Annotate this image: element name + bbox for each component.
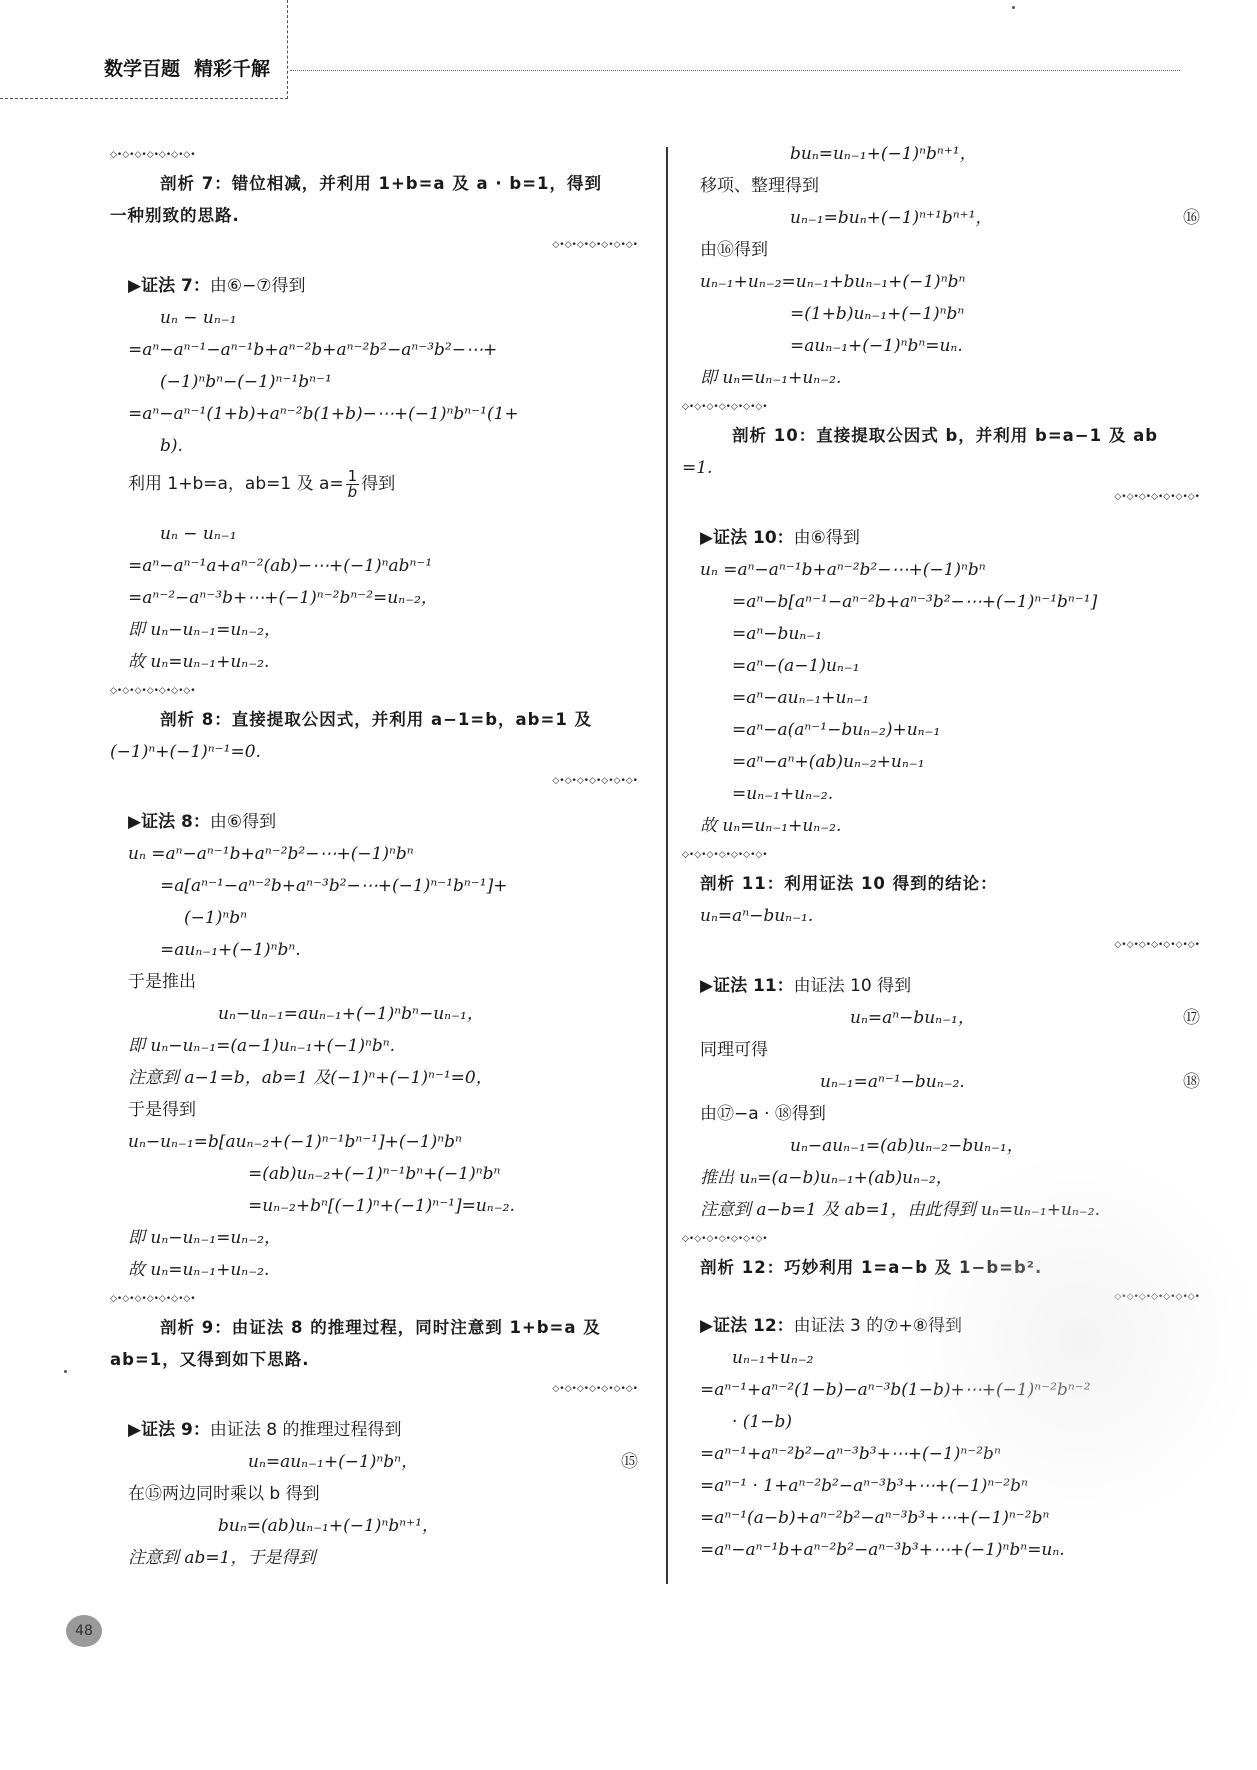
section-ornament: ◇•◇•◇•◇•◇•◇•◇• bbox=[110, 142, 638, 168]
section-ornament: ◇•◇•◇•◇•◇•◇•◇• bbox=[700, 484, 1200, 510]
fraction-denominator: b bbox=[346, 485, 360, 500]
math-line: =aⁿ−buₙ₋₁ bbox=[700, 618, 1200, 650]
analysis-text: 剖析 12：巧妙利用 1=a−b 及 1−b=b². bbox=[700, 1252, 1200, 1284]
math-line: 即 uₙ−uₙ₋₁=uₙ₋₂， bbox=[128, 614, 638, 646]
math-line: buₙ=(ab)uₙ₋₁+(−1)ⁿbⁿ⁺¹， bbox=[128, 1510, 638, 1542]
section-ornament: ◇•◇•◇•◇•◇•◇•◇• bbox=[110, 1286, 638, 1312]
ornament-glyphs: ◇•◇•◇•◇•◇•◇•◇• bbox=[110, 139, 196, 171]
equation-text: uₙ₋₁=aⁿ⁻¹−buₙ₋₂. bbox=[820, 1072, 965, 1092]
numbered-equation: uₙ=aⁿ−buₙ₋₁，⑰ bbox=[700, 1002, 1200, 1034]
math-line: 注意到 ab=1，于是得到 bbox=[128, 1542, 638, 1574]
section-ornament: ◇•◇•◇•◇•◇•◇•◇• bbox=[700, 1284, 1200, 1310]
proof-heading: ▶证法 7：由⑥−⑦得到 bbox=[128, 270, 638, 302]
math-line: 故 uₙ=uₙ₋₁+uₙ₋₂. bbox=[700, 810, 1200, 842]
math-line: uₙ =aⁿ−aⁿ⁻¹b+aⁿ⁻²b²−⋯+(−1)ⁿbⁿ bbox=[700, 554, 1200, 586]
analysis-text: 一种别致的思路. bbox=[110, 200, 638, 232]
math-line: (−1)ⁿbⁿ bbox=[128, 902, 638, 934]
proof-label: ▶证法 7： bbox=[128, 276, 210, 296]
ornament-glyphs: ◇•◇•◇•◇•◇•◇•◇• bbox=[110, 675, 196, 707]
equation-text: uₙ₋₁=buₙ+(−1)ⁿ⁺¹bⁿ⁺¹， bbox=[790, 208, 992, 228]
ornament-glyphs: ◇•◇•◇•◇•◇•◇•◇• bbox=[552, 1373, 638, 1405]
math-line: (−1)ⁿ+(−1)ⁿ⁻¹=0. bbox=[110, 736, 638, 768]
ornament-glyphs: ◇•◇•◇•◇•◇•◇•◇• bbox=[682, 839, 768, 871]
equation-number: ⑰ bbox=[1183, 1002, 1200, 1034]
math-line: uₙ − uₙ₋₁ bbox=[128, 302, 638, 334]
math-line: uₙ =aⁿ−aⁿ⁻¹b+aⁿ⁻²b²−⋯+(−1)ⁿbⁿ bbox=[128, 838, 638, 870]
proof-intro: 由证法 3 的⑦+⑧得到 bbox=[794, 1316, 962, 1336]
section-ornament: ◇•◇•◇•◇•◇•◇•◇• bbox=[700, 932, 1200, 958]
proof-intro: 由证法 10 得到 bbox=[794, 976, 911, 996]
math-line: =aⁿ−aⁿ⁻¹b+aⁿ⁻²b²−aⁿ⁻³b³+⋯+(−1)ⁿbⁿ=uₙ. bbox=[700, 1534, 1200, 1566]
page-number-badge: 48 bbox=[66, 1615, 102, 1647]
equation-number: ⑱ bbox=[1183, 1066, 1200, 1098]
math-line: =aⁿ−aⁿ⁻¹(1+b)+aⁿ⁻²b(1+b)−⋯+(−1)ⁿbⁿ⁻¹(1+ bbox=[128, 398, 638, 430]
body-text: 同理可得 bbox=[700, 1034, 1200, 1066]
proof-intro: 由证法 8 的推理过程得到 bbox=[210, 1420, 402, 1440]
math-line: uₙ=aⁿ−buₙ₋₁. bbox=[700, 900, 1200, 932]
proof-label: ▶证法 9： bbox=[128, 1420, 210, 1440]
body-text-with-fraction: 利用 1+b=a，ab=1 及 a=1b得到 bbox=[128, 462, 638, 506]
math-line: 即 uₙ=uₙ₋₁+uₙ₋₂. bbox=[700, 362, 1200, 394]
math-line: 故 uₙ=uₙ₋₁+uₙ₋₂. bbox=[128, 646, 638, 678]
section-ornament: ◇•◇•◇•◇•◇•◇•◇• bbox=[682, 842, 1200, 868]
ornament-glyphs: ◇•◇•◇•◇•◇•◇•◇• bbox=[1114, 481, 1200, 513]
math-line: =aⁿ−aⁿ⁻¹a+aⁿ⁻²(ab)−⋯+(−1)ⁿabⁿ⁻¹ bbox=[128, 550, 638, 582]
math-line: 即 uₙ−uₙ₋₁=uₙ₋₂， bbox=[128, 1222, 638, 1254]
section-ornament: ◇•◇•◇•◇•◇•◇•◇• bbox=[128, 1376, 638, 1402]
math-line: buₙ=uₙ₋₁+(−1)ⁿbⁿ⁺¹， bbox=[700, 138, 1200, 170]
proof-intro: 由⑥−⑦得到 bbox=[210, 276, 306, 296]
math-line: =aⁿ−aⁿ+(ab)uₙ₋₂+uₙ₋₁ bbox=[700, 746, 1200, 778]
proof-heading: ▶证法 8：由⑥得到 bbox=[128, 806, 638, 838]
section-ornament: ◇•◇•◇•◇•◇•◇•◇• bbox=[128, 232, 638, 258]
proof-heading: ▶证法 9：由证法 8 的推理过程得到 bbox=[128, 1414, 638, 1446]
ornament-glyphs: ◇•◇•◇•◇•◇•◇•◇• bbox=[1114, 929, 1200, 961]
math-line: =aⁿ⁻¹ · 1+aⁿ⁻²b²−aⁿ⁻³b³+⋯+(−1)ⁿ⁻²bⁿ bbox=[700, 1470, 1200, 1502]
math-line: (−1)ⁿbⁿ−(−1)ⁿ⁻¹bⁿ⁻¹ bbox=[128, 366, 638, 398]
math-line: =aⁿ−a(aⁿ⁻¹−buₙ₋₂)+uₙ₋₁ bbox=[700, 714, 1200, 746]
body-text: 移项、整理得到 bbox=[700, 170, 1200, 202]
math-line: =a[aⁿ⁻¹−aⁿ⁻²b+aⁿ⁻³b²−⋯+(−1)ⁿ⁻¹bⁿ⁻¹]+ bbox=[128, 870, 638, 902]
body-text: 于是得到 bbox=[128, 1094, 638, 1126]
numbered-equation: uₙ₋₁=aⁿ⁻¹−buₙ₋₂.⑱ bbox=[700, 1066, 1200, 1098]
math-line: =aⁿ⁻²−aⁿ⁻³b+⋯+(−1)ⁿ⁻²bⁿ⁻²=uₙ₋₂， bbox=[128, 582, 638, 614]
scan-speck bbox=[64, 1370, 67, 1373]
math-line: =aⁿ−b[aⁿ⁻¹−aⁿ⁻²b+aⁿ⁻³b²−⋯+(−1)ⁿ⁻¹bⁿ⁻¹] bbox=[700, 586, 1200, 618]
body-text: 在⑮两边同时乘以 b 得到 bbox=[128, 1478, 638, 1510]
ornament-glyphs: ◇•◇•◇•◇•◇•◇•◇• bbox=[110, 1283, 196, 1315]
body-text: 由⑯得到 bbox=[700, 234, 1200, 266]
math-line: b). bbox=[128, 430, 638, 462]
math-line: =auₙ₋₁+(−1)ⁿbⁿ. bbox=[128, 934, 638, 966]
equation-number: ⑯ bbox=[1183, 202, 1200, 234]
body-text: 由⑰−a · ⑱得到 bbox=[700, 1098, 1200, 1130]
math-line: =aⁿ⁻¹(a−b)+aⁿ⁻²b²−aⁿ⁻³b³+⋯+(−1)ⁿ⁻²bⁿ bbox=[700, 1502, 1200, 1534]
math-line: =1. bbox=[682, 452, 1200, 484]
ornament-glyphs: ◇•◇•◇•◇•◇•◇•◇• bbox=[552, 229, 638, 261]
fraction: 1b bbox=[346, 469, 360, 500]
math-line: =aⁿ−auₙ₋₁+uₙ₋₁ bbox=[700, 682, 1200, 714]
math-line: =uₙ₋₂+bⁿ[(−1)ⁿ+(−1)ⁿ⁻¹]=uₙ₋₂. bbox=[128, 1190, 638, 1222]
text-before: 利用 1+b=a，ab=1 及 a= bbox=[128, 474, 344, 494]
math-line: 推出 uₙ=(a−b)uₙ₋₁+(ab)uₙ₋₂， bbox=[700, 1162, 1200, 1194]
book-title-part-2: 精彩千解 bbox=[194, 58, 270, 80]
math-line: =(1+b)uₙ₋₁+(−1)ⁿbⁿ bbox=[700, 298, 1200, 330]
header-frame bbox=[0, 0, 288, 99]
proof-label: ▶证法 8： bbox=[128, 812, 210, 832]
scan-speck bbox=[1012, 6, 1015, 9]
proof-intro: 由⑥得到 bbox=[794, 528, 860, 548]
spacer bbox=[128, 506, 638, 518]
math-line: =aⁿ−aⁿ⁻¹−aⁿ⁻¹b+aⁿ⁻²b+aⁿ⁻²b²−aⁿ⁻³b²−⋯+ bbox=[128, 334, 638, 366]
section-ornament: ◇•◇•◇•◇•◇•◇•◇• bbox=[128, 768, 638, 794]
left-column: ◇•◇•◇•◇•◇•◇•◇•剖析 7：错位相减，并利用 1+b=a 及 a · … bbox=[128, 142, 638, 1574]
math-line: · (1−b) bbox=[700, 1406, 1200, 1438]
math-line: 注意到 a−1=b，ab=1 及(−1)ⁿ+(−1)ⁿ⁻¹=0， bbox=[128, 1062, 638, 1094]
numbered-equation: uₙ₋₁=buₙ+(−1)ⁿ⁺¹bⁿ⁺¹，⑯ bbox=[700, 202, 1200, 234]
math-line: uₙ−auₙ₋₁=(ab)uₙ₋₂−buₙ₋₁， bbox=[700, 1130, 1200, 1162]
ornament-glyphs: ◇•◇•◇•◇•◇•◇•◇• bbox=[682, 1223, 768, 1255]
math-line: 故 uₙ=uₙ₋₁+uₙ₋₂. bbox=[128, 1254, 638, 1286]
analysis-text: 剖析 10：直接提取公因式 b，并利用 b=a−1 及 ab bbox=[700, 420, 1200, 452]
proof-label: ▶证法 11： bbox=[700, 976, 794, 996]
proof-heading: ▶证法 10：由⑥得到 bbox=[700, 522, 1200, 554]
ornament-glyphs: ◇•◇•◇•◇•◇•◇•◇• bbox=[552, 765, 638, 797]
body-text: 于是推出 bbox=[128, 966, 638, 998]
math-line: uₙ−uₙ₋₁=b[auₙ₋₂+(−1)ⁿ⁻¹bⁿ⁻¹]+(−1)ⁿbⁿ bbox=[128, 1126, 638, 1158]
text-after: 得到 bbox=[361, 474, 395, 494]
math-line: 即 uₙ−uₙ₋₁=(a−1)uₙ₋₁+(−1)ⁿbⁿ. bbox=[128, 1030, 638, 1062]
math-line: uₙ − uₙ₋₁ bbox=[128, 518, 638, 550]
analysis-text: 剖析 11：利用证法 10 得到的结论： bbox=[700, 868, 1200, 900]
numbered-equation: uₙ=auₙ₋₁+(−1)ⁿbⁿ，⑮ bbox=[128, 1446, 638, 1478]
math-line: =auₙ₋₁+(−1)ⁿbⁿ=uₙ. bbox=[700, 330, 1200, 362]
analysis-text: 剖析 8：直接提取公因式，并利用 a−1=b，ab=1 及 bbox=[128, 704, 638, 736]
proof-heading: ▶证法 11：由证法 10 得到 bbox=[700, 970, 1200, 1002]
math-line: uₙ₋₁+uₙ₋₂ bbox=[700, 1342, 1200, 1374]
math-line: uₙ−uₙ₋₁=auₙ₋₁+(−1)ⁿbⁿ−uₙ₋₁， bbox=[128, 998, 638, 1030]
analysis-text: ab=1，又得到如下思路. bbox=[110, 1344, 638, 1376]
math-line: =(ab)uₙ₋₂+(−1)ⁿ⁻¹bⁿ+(−1)ⁿbⁿ bbox=[128, 1158, 638, 1190]
section-ornament: ◇•◇•◇•◇•◇•◇•◇• bbox=[682, 394, 1200, 420]
analysis-text: 剖析 9：由证法 8 的推理过程，同时注意到 1+b=a 及 bbox=[128, 1312, 638, 1344]
book-title: 数学百题精彩千解 bbox=[104, 54, 270, 81]
header-dotted-rule bbox=[290, 70, 1180, 71]
proof-label: ▶证法 12： bbox=[700, 1316, 794, 1336]
equation-number: ⑮ bbox=[621, 1446, 638, 1478]
proof-heading: ▶证法 12：由证法 3 的⑦+⑧得到 bbox=[700, 1310, 1200, 1342]
section-ornament: ◇•◇•◇•◇•◇•◇•◇• bbox=[682, 1226, 1200, 1252]
math-line: uₙ₋₁+uₙ₋₂=uₙ₋₁+buₙ₋₁+(−1)ⁿbⁿ bbox=[700, 266, 1200, 298]
proof-intro: 由⑥得到 bbox=[210, 812, 276, 832]
book-title-part-1: 数学百题 bbox=[104, 58, 180, 80]
proof-label: ▶证法 10： bbox=[700, 528, 794, 548]
math-line: 注意到 a−b=1 及 ab=1，由此得到 uₙ=uₙ₋₁+uₙ₋₂. bbox=[700, 1194, 1200, 1226]
equation-text: uₙ=aⁿ−buₙ₋₁， bbox=[850, 1008, 975, 1028]
math-line: =aⁿ⁻¹+aⁿ⁻²(1−b)−aⁿ⁻³b(1−b)+⋯+(−1)ⁿ⁻²bⁿ⁻² bbox=[700, 1374, 1200, 1406]
right-column: buₙ=uₙ₋₁+(−1)ⁿbⁿ⁺¹，移项、整理得到uₙ₋₁=buₙ+(−1)ⁿ… bbox=[700, 138, 1200, 1566]
math-line: =uₙ₋₁+uₙ₋₂. bbox=[700, 778, 1200, 810]
ornament-glyphs: ◇•◇•◇•◇•◇•◇•◇• bbox=[682, 391, 768, 423]
equation-text: uₙ=auₙ₋₁+(−1)ⁿbⁿ， bbox=[248, 1452, 418, 1472]
column-divider bbox=[666, 147, 668, 1584]
math-line: =aⁿ−(a−1)uₙ₋₁ bbox=[700, 650, 1200, 682]
math-line: =aⁿ⁻¹+aⁿ⁻²b²−aⁿ⁻³b³+⋯+(−1)ⁿ⁻²bⁿ bbox=[700, 1438, 1200, 1470]
analysis-text: 剖析 7：错位相减，并利用 1+b=a 及 a · b=1，得到 bbox=[128, 168, 638, 200]
section-ornament: ◇•◇•◇•◇•◇•◇•◇• bbox=[110, 678, 638, 704]
ornament-glyphs: ◇•◇•◇•◇•◇•◇•◇• bbox=[1114, 1281, 1200, 1313]
